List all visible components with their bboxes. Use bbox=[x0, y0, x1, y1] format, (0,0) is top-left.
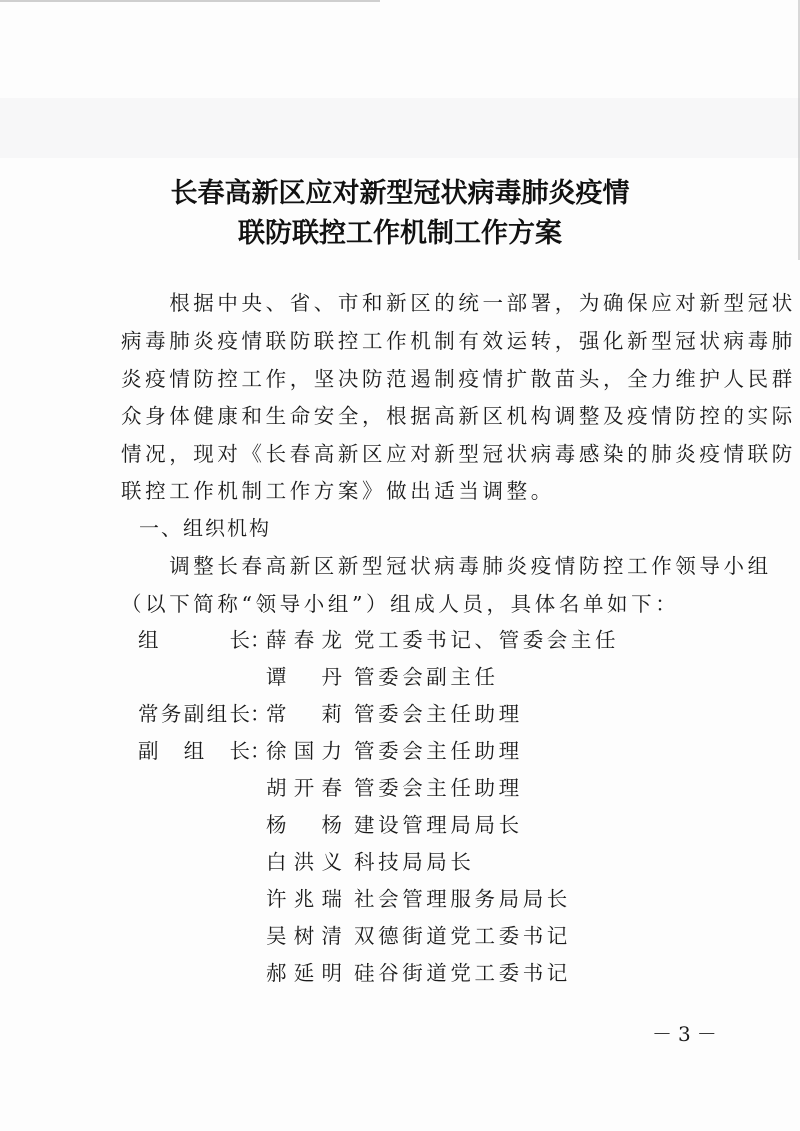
section-line: 调整长春高新区新型冠状病毒肺炎疫情防控工作领导小组 bbox=[121, 549, 772, 579]
roster-position: 管委会主任助理 bbox=[354, 771, 523, 801]
roster-name: 徐国力 bbox=[266, 734, 342, 764]
roster-name: 白洪义 bbox=[266, 845, 342, 875]
document-title-line-1: 长春高新区应对新型冠状病毒肺炎疫情 bbox=[0, 171, 800, 210]
intro-line: 情况，现对《长春高新区应对新型冠状病毒感染的肺炎疫情联防 bbox=[121, 437, 796, 467]
roster-name: 郝延明 bbox=[266, 956, 342, 986]
roster-position: 社会管理服务局局长 bbox=[354, 882, 571, 912]
roster-position: 党工委书记、管委会主任 bbox=[354, 623, 619, 653]
roster-name: 常莉 bbox=[266, 697, 342, 727]
intro-line: 根据中央、省、市和新区的统一部署，为确保应对新型冠状 bbox=[121, 286, 796, 316]
roster-role: 副组长 bbox=[138, 734, 250, 764]
roster-name: 薛春龙 bbox=[266, 623, 342, 653]
intro-line: 众身体健康和生命安全，根据高新区机构调整及疫情防控的实际 bbox=[121, 399, 796, 429]
section-heading: 一、组织机构 bbox=[139, 512, 271, 541]
bleed-through-band bbox=[0, 98, 800, 158]
roster-position: 科技局局长 bbox=[354, 845, 475, 875]
document-title-line-2: 联防联控工作机制工作方案 bbox=[0, 211, 800, 250]
page-number: －3－ bbox=[652, 1018, 723, 1047]
section-line: （以下简称“领导小组”）组成人员，具体名单如下： bbox=[121, 587, 679, 617]
scan-edge-top bbox=[0, 0, 380, 2]
roster-name: 许兆瑞 bbox=[266, 882, 342, 912]
intro-line: 病毒肺炎疫情联防联控工作机制有效运转，强化新型冠状病毒肺 bbox=[121, 324, 796, 354]
roster-position: 双德街道党工委书记 bbox=[354, 919, 571, 949]
roster-name: 杨杨 bbox=[266, 808, 342, 838]
roster-name: 胡开春 bbox=[266, 771, 342, 801]
roster-name: 吴树清 bbox=[266, 919, 342, 949]
roster-name: 谭丹 bbox=[266, 660, 342, 690]
intro-line: 联控工作机制工作方案》做出适当调整。 bbox=[121, 474, 555, 504]
intro-line: 炎疫情防控工作，坚决防范遏制疫情扩散苗头，全力维护人民群 bbox=[121, 362, 796, 392]
roster-position: 建设管理局局长 bbox=[354, 808, 523, 838]
roster-role: 常务副组长 bbox=[138, 697, 250, 727]
roster-position: 管委会副主任 bbox=[354, 660, 499, 690]
roster-position: 硅谷街道党工委书记 bbox=[354, 956, 571, 986]
roster-position: 管委会主任助理 bbox=[354, 734, 523, 764]
roster-position: 管委会主任助理 bbox=[354, 697, 523, 727]
roster-role: 组长 bbox=[138, 623, 250, 653]
